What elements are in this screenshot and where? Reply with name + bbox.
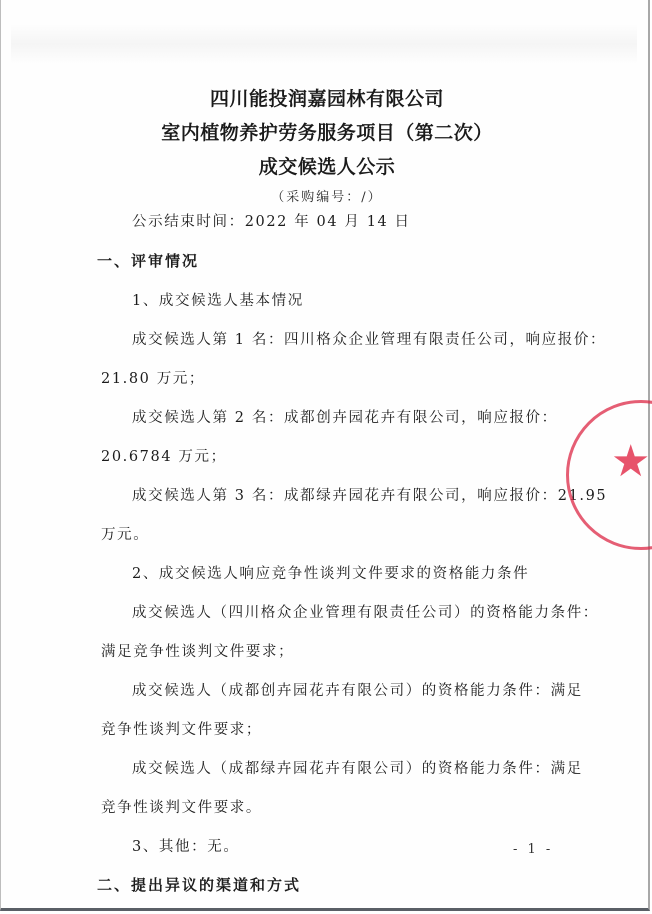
- section-2-heading: 二、提出异议的渠道和方式: [97, 874, 301, 895]
- candidate-3-line2: 万元。: [101, 523, 149, 544]
- qualification-3-line1: 成交候选人（成都绿卉园花卉有限公司）的资格能力条件：满足: [132, 757, 583, 778]
- qualification-3-line2: 竞争性谈判文件要求。: [101, 796, 262, 817]
- qualification-1-line1: 成交候选人（四川格众企业管理有限责任公司）的资格能力条件：: [132, 601, 599, 622]
- candidate-3-line1: 成交候选人第 3 名：成都绿卉园花卉有限公司，响应报价：21.95: [132, 484, 607, 505]
- document-page: 四川能投润嘉园林有限公司 室内植物养护劳务服务项目（第二次） 成交候选人公示 （…: [0, 0, 650, 911]
- seal-star-icon: ★: [611, 440, 650, 484]
- scan-artifact: [11, 24, 637, 64]
- subsection-1-heading: 1、成交候选人基本情况: [132, 289, 304, 310]
- title-notice: 成交候选人公示: [1, 152, 652, 179]
- subsection-2-heading: 2、成交候选人响应竞争性谈判文件要求的资格能力条件: [132, 562, 529, 583]
- candidate-2-line2: 20.6784 万元；: [101, 445, 227, 466]
- candidate-2-line1: 成交候选人第 2 名：成都创卉园花卉有限公司，响应报价：: [132, 406, 558, 427]
- section-1-heading: 一、评审情况: [97, 250, 199, 271]
- publicity-end-date: 公示结束时间：2022 年 04 月 14 日: [132, 210, 411, 231]
- candidate-1-line2: 21.80 万元；: [101, 367, 205, 388]
- candidate-1-line1: 成交候选人第 1 名：四川格众企业管理有限责任公司，响应报价：: [132, 328, 606, 349]
- qualification-1-line2: 满足竞争性谈判文件要求；: [101, 640, 294, 661]
- procurement-number: （采购编号：/）: [1, 186, 652, 205]
- page-number: - 1 -: [513, 842, 553, 857]
- title-project: 室内植物养护劳务服务项目（第二次）: [1, 118, 652, 145]
- qualification-2-line2: 竞争性谈判文件要求；: [101, 718, 262, 739]
- subsection-3-other: 3、其他：无。: [132, 835, 239, 856]
- title-company: 四川能投润嘉园林有限公司: [1, 84, 652, 111]
- qualification-2-line1: 成交候选人（成都创卉园花卉有限公司）的资格能力条件：满足: [132, 679, 583, 700]
